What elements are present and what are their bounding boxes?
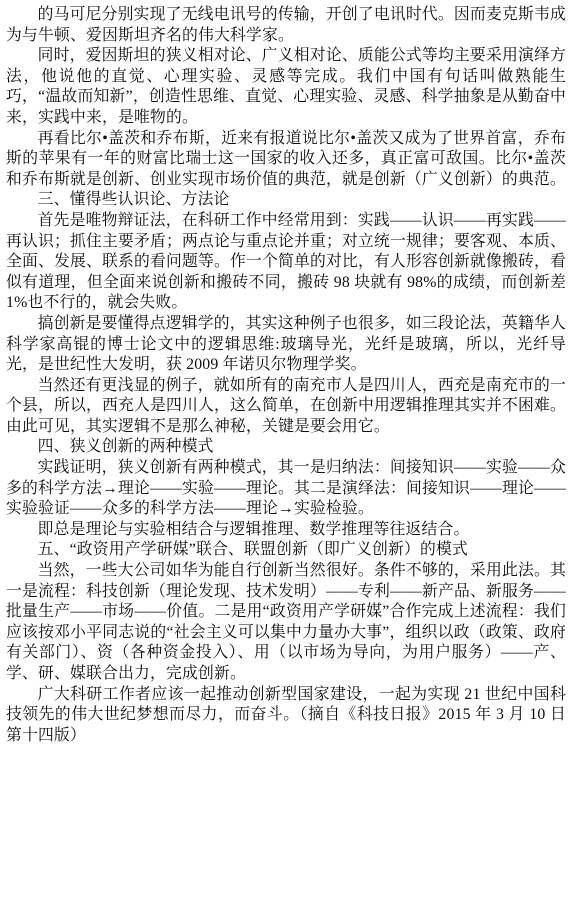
paragraph-logic-syllogism: 搞创新是要懂得点逻辑学的，其实这种例子也很多，如三段论法，英籍华人科学家高锟的博… — [6, 314, 566, 376]
paragraph-closing-source: 广大科研工作者应该一起推动创新型国家建设，一起为实现 21 世纪中国科技领先的伟… — [6, 685, 566, 747]
paragraph-nanchong-example: 当然还有更浅显的例子，就如所有的南充市人是四川人，西充是南充市的一个县，所以，西… — [6, 376, 566, 438]
paragraph-einstein-deduction: 同时，爱因斯坦的狭义相对论、广义相对论、质能公式等均主要采用演绎方法，他说他的直… — [6, 46, 566, 128]
section-heading-3-epistemology: 三、懂得些认识论、方法论 — [6, 190, 566, 211]
paragraph-dialectics: 首先是唯物辩证法，在科研工作中经常用到：实践——认识——再实践——再认识；抓住主… — [6, 211, 566, 314]
section-heading-5-alliance-model: 五、“政资用产学研媒”联合、联盟创新（即广义创新）的模式 — [6, 540, 566, 561]
document-page: 的马可尼分别实现了无线电讯号的传输，开创了电讯时代。因而麦克斯韦成为与牛顿、爱因… — [0, 0, 582, 919]
paragraph-induction-deduction: 实践证明，狭义创新有两种模式，其一是归纳法：间接知识——实验——众多的科学方法→… — [6, 458, 566, 520]
section-heading-4-two-modes: 四、狭义创新的两种模式 — [6, 437, 566, 458]
paragraph-theory-experiment: 即总是理论与实验相结合与逻辑推理、数学推理等往返结合。 — [6, 520, 566, 541]
paragraph-gates-jobs: 再看比尔•盖茨和乔布斯，近来有报道说比尔•盖茨又成为了世界首富，乔布斯的苹果有一… — [6, 129, 566, 191]
paragraph-alliance-process: 当然，一些大公司如华为能自行创新当然很好。条件不够的，采用此法。其一是流程：科技… — [6, 561, 566, 685]
paragraph-marconi-telegraph: 的马可尼分别实现了无线电讯号的传输，开创了电讯时代。因而麦克斯韦成为与牛顿、爱因… — [6, 5, 566, 46]
